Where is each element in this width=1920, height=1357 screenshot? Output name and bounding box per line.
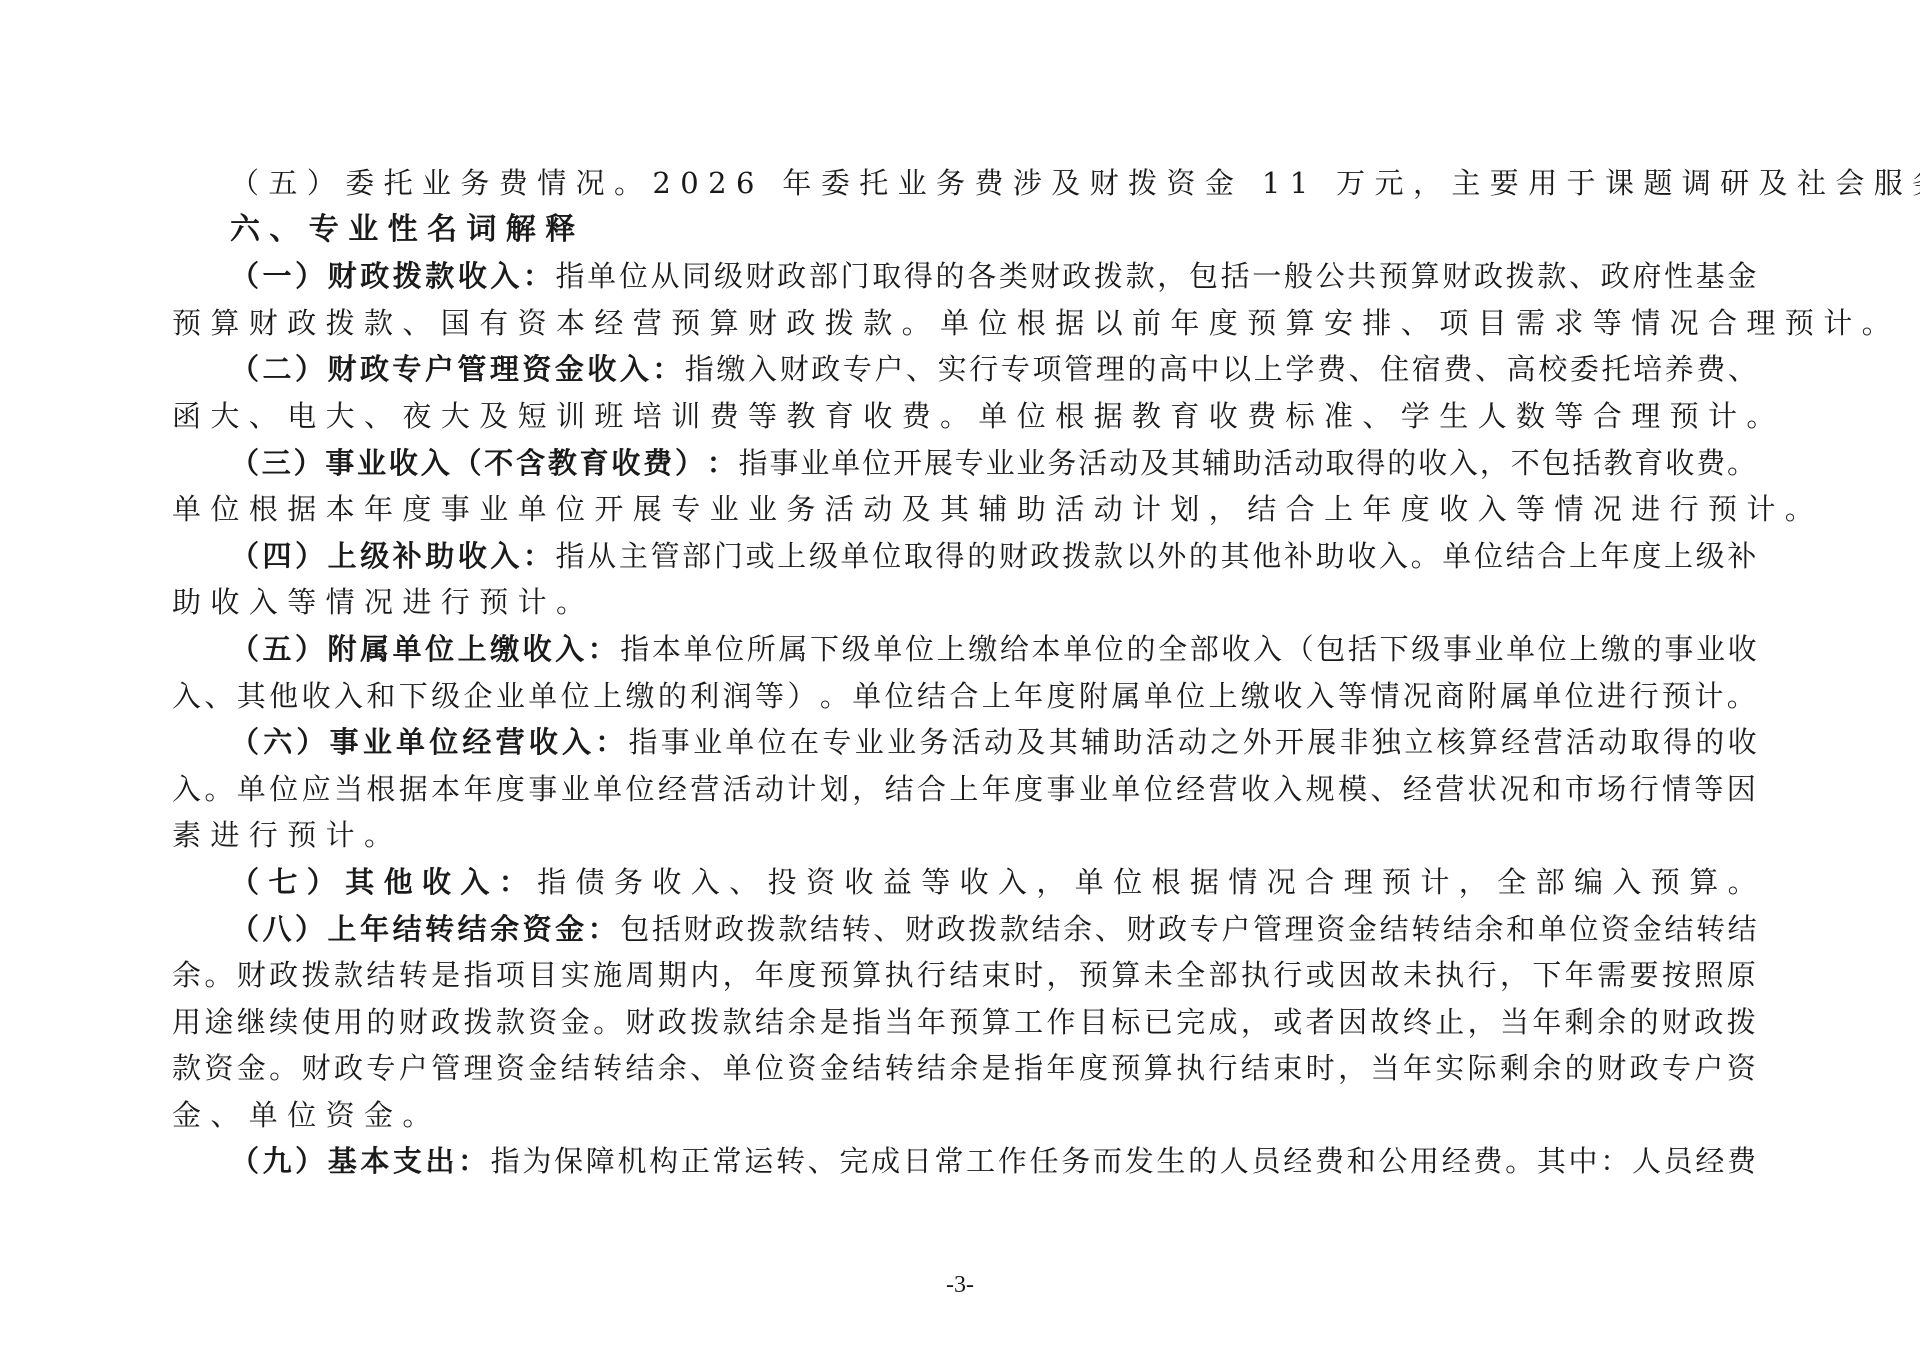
term-label: （七）其他收入： bbox=[230, 865, 537, 899]
line-text: 助收入等情况进行预计。 bbox=[172, 585, 594, 619]
line-text: 指 事 业 单 位 在 专 业 业 务 活 动 及 其 辅 助 活 动 之 外 … bbox=[628, 725, 1756, 759]
paragraph-first-line: （ 六 ） 事 业 单 位 经 营 收 入 ： 指 事 业 单 位 在 专 业 … bbox=[172, 719, 1757, 766]
paragraph-line: 金、单位资金。 bbox=[172, 1092, 1757, 1139]
line-text: 六、专业性名词解释 bbox=[230, 212, 585, 247]
line-text: 指 事 业 单 位 开 展 专 业 业 务 活 动 及 其 辅 助 活 动 取 … bbox=[739, 446, 1757, 480]
line-text: 单位根据本年度事业单位开展专业业务活动及其辅助活动计划，结合上年度收入等情况进行… bbox=[172, 492, 1823, 526]
paragraph-line: 余 。 财 政 拨 款 结 转 是 指 项 目 实 施 周 期 内 ， 年 度 … bbox=[172, 952, 1757, 999]
term-label: （ 九 ） 基 本 支 出 ： bbox=[230, 1144, 491, 1178]
document-page: （五）委托业务费情况。2026 年委托业务费涉及财拨资金 11 万元，主要用于课… bbox=[0, 0, 1920, 1357]
term-label: （ 三 ） 事 业 收 入 （ 不 含 教 育 收 费 ） ： bbox=[230, 446, 739, 480]
line-text: 指 缴 入 财 政 专 户 、 实 行 专 项 管 理 的 高 中 以 上 学 … bbox=[685, 352, 1757, 386]
line-text: 入 。 单 位 应 当 根 据 本 年 度 事 业 单 位 经 营 活 动 计 … bbox=[172, 772, 1756, 806]
document-body: （五）委托业务费情况。2026 年委托业务费涉及财拨资金 11 万元，主要用于课… bbox=[172, 160, 1757, 1185]
paragraph-first-line: （ 九 ） 基 本 支 出 ： 指 为 保 障 机 构 正 常 运 转 、 完 … bbox=[172, 1138, 1757, 1185]
paragraph-line: 单位根据本年度事业单位开展专业业务活动及其辅助活动计划，结合上年度收入等情况进行… bbox=[172, 486, 1757, 533]
line-text: 包 括 财 政 拨 款 结 转 、 财 政 拨 款 结 余 、 财 政 专 户 … bbox=[620, 912, 1756, 946]
line-text: 素进行预计。 bbox=[172, 818, 402, 852]
paragraph-first-line: （ 八 ） 上 年 结 转 结 余 资 金 ： 包 括 财 政 拨 款 结 转 … bbox=[172, 906, 1757, 953]
paragraph-line: 款 资 金 。 财 政 专 户 管 理 资 金 结 转 结 余 、 单 位 资 … bbox=[172, 1045, 1757, 1092]
line-text: 入 、 其 他 收 入 和 下 级 企 业 单 位 上 缴 的 利 润 等 ） … bbox=[172, 679, 1756, 713]
paragraph-first-line: （ 三 ） 事 业 收 入 （ 不 含 教 育 收 费 ） ： 指 事 业 单 … bbox=[172, 440, 1757, 487]
line-text: 指 从 主 管 部 门 或 上 级 单 位 取 得 的 财 政 拨 款 以 外 … bbox=[555, 539, 1756, 573]
line-text: 指 为 保 障 机 构 正 常 运 转 、 完 成 日 常 工 作 任 务 而 … bbox=[491, 1144, 1756, 1178]
paragraph-first-line: （ 四 ） 上 级 补 助 收 入 ： 指 从 主 管 部 门 或 上 级 单 … bbox=[172, 533, 1757, 580]
term-label: （ 一 ） 财 政 拨 款 收 入 ： bbox=[230, 259, 555, 293]
line-text: （五）委托业务费情况。2026 年委托业务费涉及财拨资金 11 万元，主要用于课… bbox=[230, 166, 1920, 200]
paragraph-first-line: （ 二 ） 财 政 专 户 管 理 资 金 收 入 ： 指 缴 入 财 政 专 … bbox=[172, 346, 1757, 393]
term-label: （ 八 ） 上 年 结 转 结 余 资 金 ： bbox=[230, 912, 620, 946]
paragraph-first-line: （ 五 ） 附 属 单 位 上 缴 收 入 ： 指 本 单 位 所 属 下 级 … bbox=[172, 626, 1757, 673]
term-label: （ 五 ） 附 属 单 位 上 缴 收 入 ： bbox=[230, 632, 620, 666]
paragraph-line: 素进行预计。 bbox=[172, 812, 1757, 859]
page-number: -3- bbox=[0, 1272, 1920, 1299]
term-label: （ 二 ） 财 政 专 户 管 理 资 金 收 入 ： bbox=[230, 352, 685, 386]
line-text: 用 途 继 续 使 用 的 财 政 拨 款 资 金 。 财 政 拨 款 结 余 … bbox=[172, 1005, 1756, 1039]
paragraph-line: 预算财政拨款、国有资本经营预算财政拨款。单位根据以前年度预算安排、项目需求等情况… bbox=[172, 300, 1757, 347]
line-text: 余 。 财 政 拨 款 结 转 是 指 项 目 实 施 周 期 内 ， 年 度 … bbox=[172, 958, 1756, 992]
line-text: 指债务收入、投资收益等收入，单位根据情况合理预计，全部编入预算。 bbox=[537, 865, 1766, 899]
paragraph-line: 助收入等情况进行预计。 bbox=[172, 579, 1757, 626]
paragraph-first-line: （ 一 ） 财 政 拨 款 收 入 ： 指 单 位 从 同 级 财 政 部 门 … bbox=[172, 253, 1757, 300]
section-heading: 六、专业性名词解释 bbox=[172, 207, 1757, 254]
paragraph-first-line: （五）委托业务费情况。2026 年委托业务费涉及财拨资金 11 万元，主要用于课… bbox=[172, 160, 1757, 207]
line-text: 预算财政拨款、国有资本经营预算财政拨款。单位根据以前年度预算安排、项目需求等情况… bbox=[172, 306, 1900, 340]
paragraph-line: 函大、电大、夜大及短训班培训费等教育收费。单位根据教育收费标准、学生人数等合理预… bbox=[172, 393, 1757, 440]
line-text: 指 本 单 位 所 属 下 级 单 位 上 缴 给 本 单 位 的 全 部 收 … bbox=[620, 632, 1756, 666]
term-label: （ 六 ） 事 业 单 位 经 营 收 入 ： bbox=[230, 725, 628, 759]
paragraph-line: 用 途 继 续 使 用 的 财 政 拨 款 资 金 。 财 政 拨 款 结 余 … bbox=[172, 999, 1757, 1046]
paragraph-line: 入 、 其 他 收 入 和 下 级 企 业 单 位 上 缴 的 利 润 等 ） … bbox=[172, 673, 1757, 720]
line-text: 函大、电大、夜大及短训班培训费等教育收费。单位根据教育收费标准、学生人数等合理预… bbox=[172, 399, 1785, 433]
paragraph-first-line: （七）其他收入：指债务收入、投资收益等收入，单位根据情况合理预计，全部编入预算。 bbox=[172, 859, 1757, 906]
paragraph-line: 入 。 单 位 应 当 根 据 本 年 度 事 业 单 位 经 营 活 动 计 … bbox=[172, 766, 1757, 813]
line-text: 金、单位资金。 bbox=[172, 1098, 441, 1132]
line-text: 款 资 金 。 财 政 专 户 管 理 资 金 结 转 结 余 、 单 位 资 … bbox=[172, 1051, 1756, 1085]
line-text: 指 单 位 从 同 级 财 政 部 门 取 得 的 各 类 财 政 拨 款 ， … bbox=[555, 259, 1756, 293]
term-label: （ 四 ） 上 级 补 助 收 入 ： bbox=[230, 539, 555, 573]
